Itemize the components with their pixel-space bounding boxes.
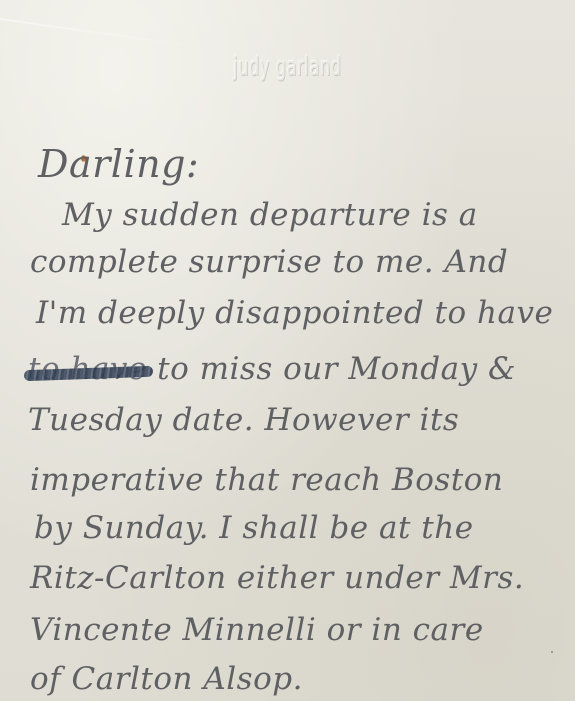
paper-speck [551,651,553,653]
letter-page: judy garland Darling: My sudden departur… [0,0,575,701]
letter-line-9: Vincente Minnelli or in care [30,612,484,648]
letter-line-3: I'm deeply disappointed to have [36,295,553,331]
letter-line-8: Ritz-Carlton either under Mrs. [30,560,524,596]
letter-line-1: My sudden departure is a [62,197,478,233]
letter-line-10: of Carlton Alsop. [30,661,303,697]
crossed-out-word: to have [28,351,147,387]
embossed-letterhead: judy garland [109,52,466,82]
letter-line-7: by Sunday. I shall be at the [34,510,474,546]
paper-fold-crease [0,18,198,48]
letter-line-4-text: to miss our Monday & [157,351,516,387]
salutation: Darling: [38,142,199,186]
letter-line-4: to have to miss our Monday & [28,351,516,387]
letter-line-5: Tuesday date. However its [28,402,459,438]
letter-line-6: imperative that reach Boston [30,462,503,498]
letter-line-2: complete surprise to me. And [30,244,508,280]
